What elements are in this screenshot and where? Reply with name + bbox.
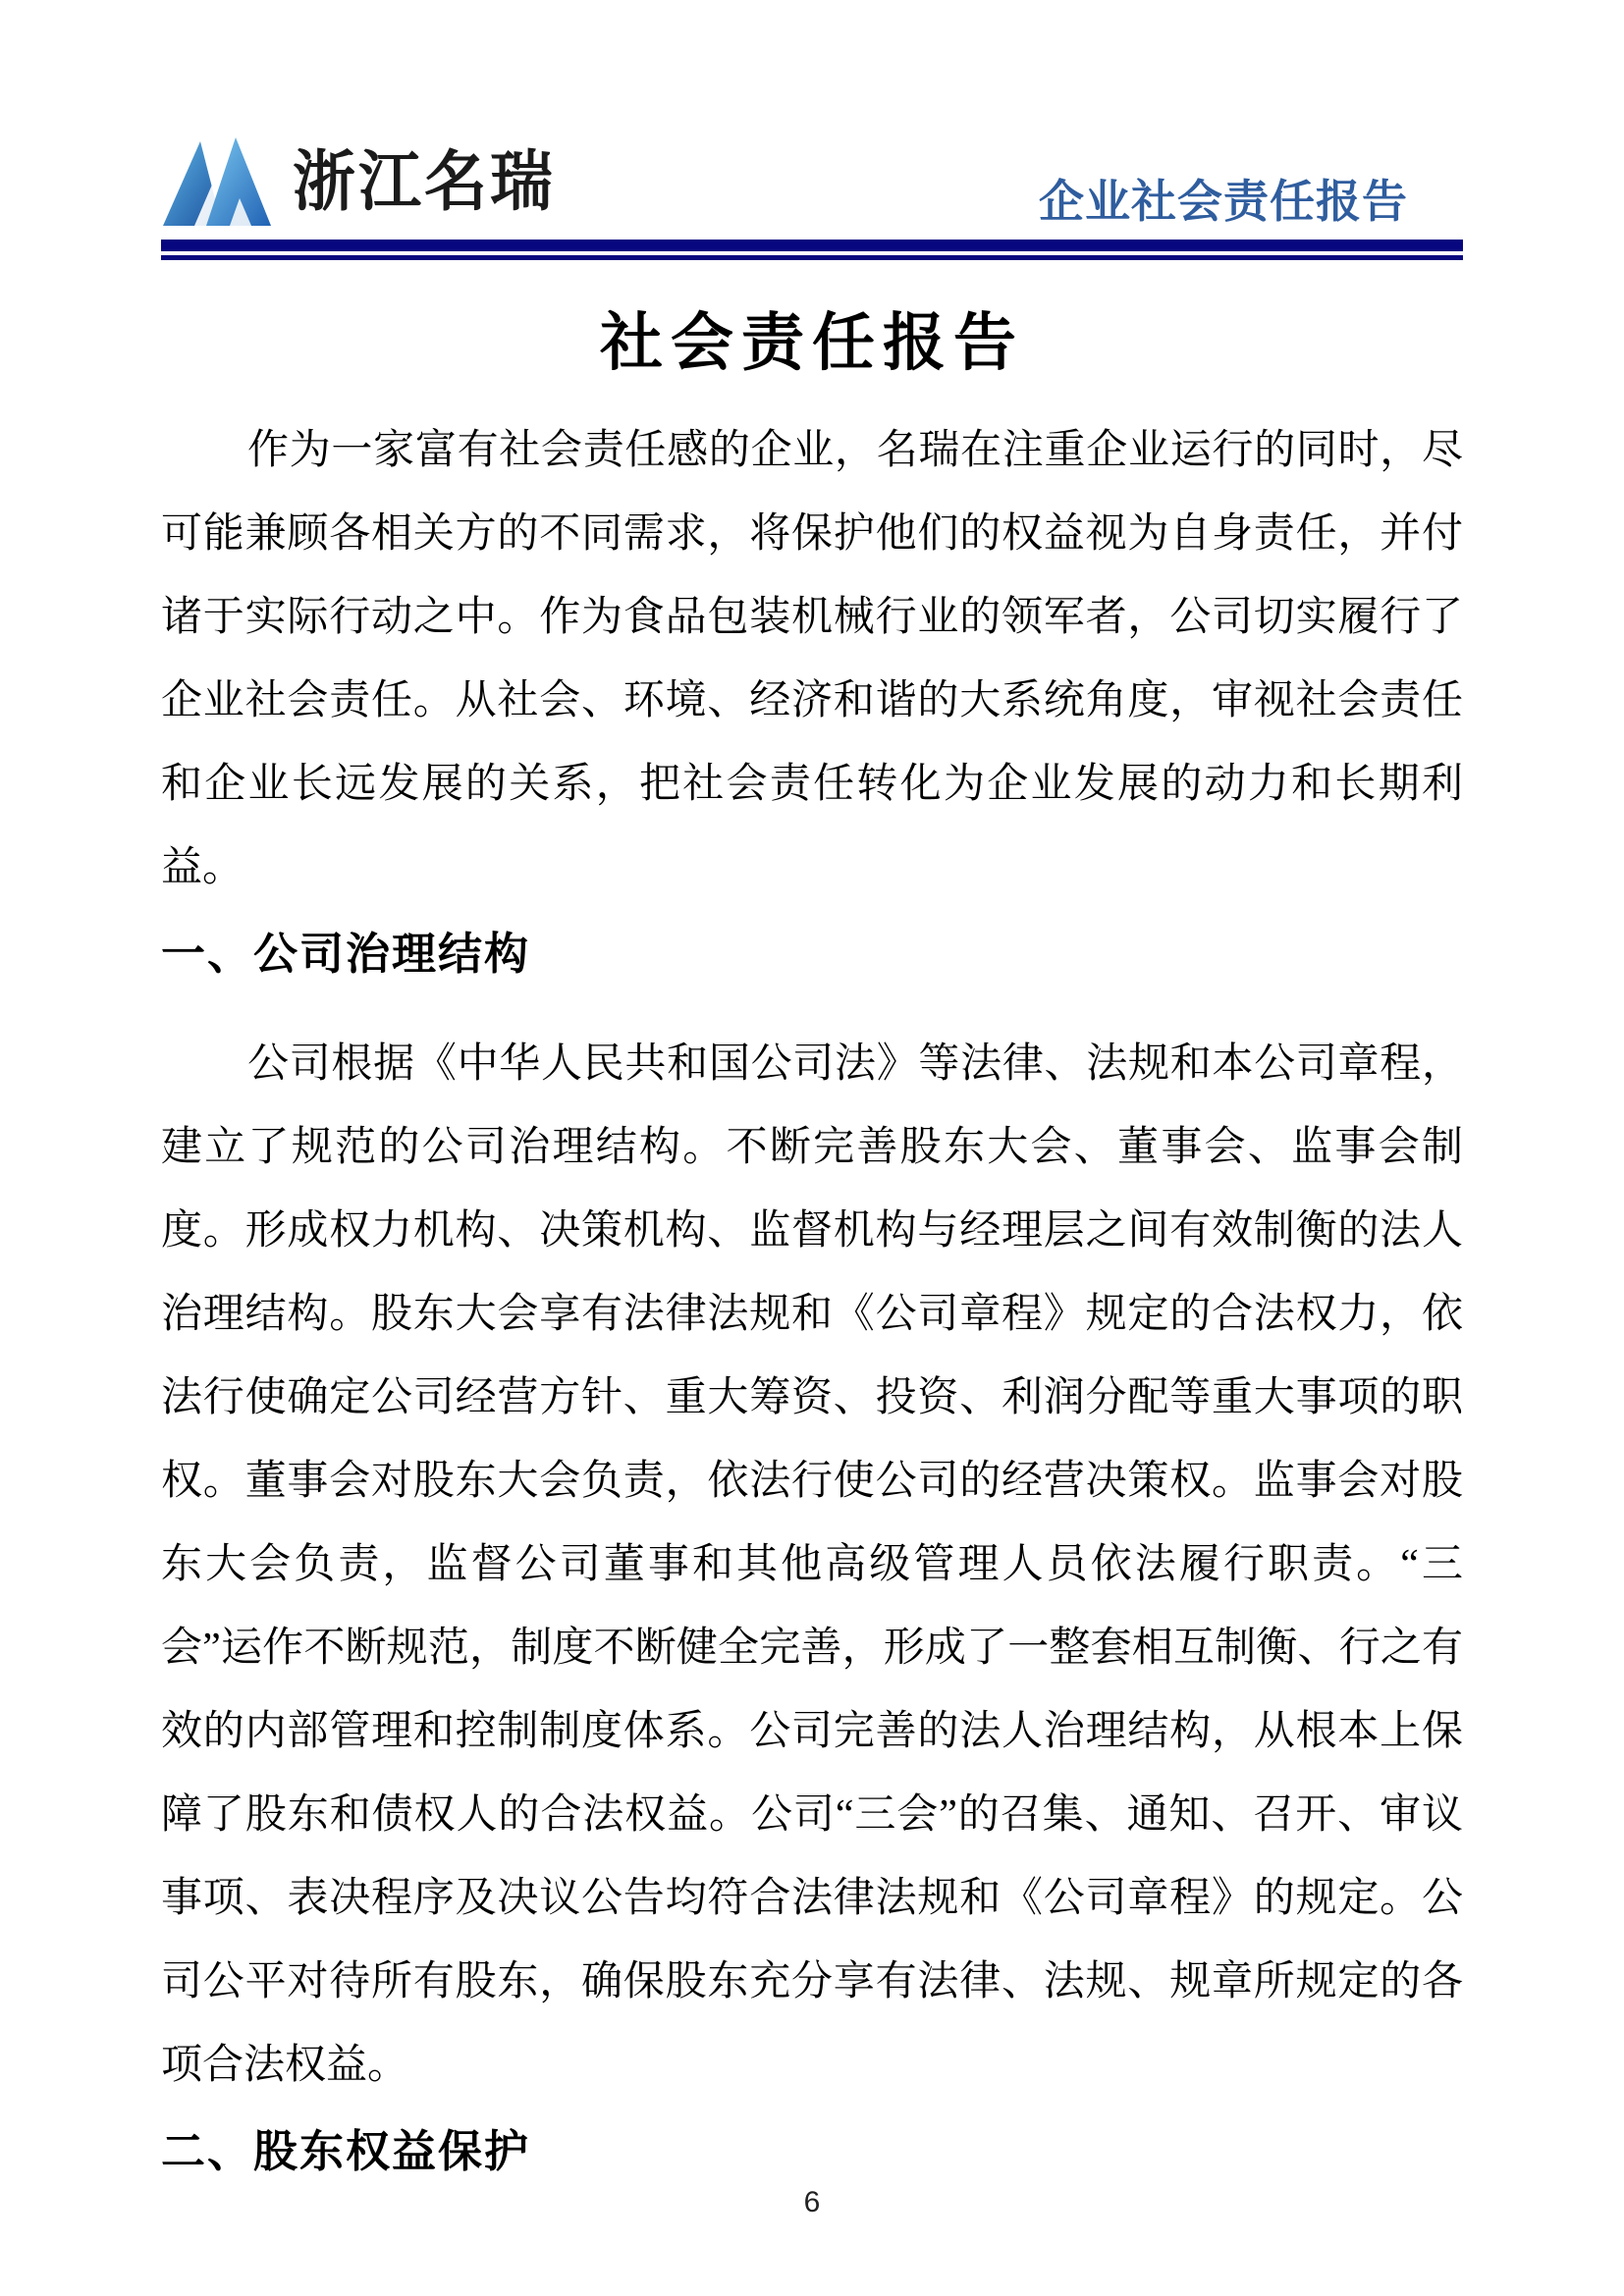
company-logo: 浙江名瑞 [161,135,556,228]
page-footer: 6 [0,2186,1624,2219]
page-number: 6 [804,2186,821,2218]
section-1-heading: 一、公司治理结构 [161,912,1463,995]
divider-thick-line [161,240,1463,251]
section-1-paragraph: 公司根据《中华人民共和国公司法》等法律、法规和本公司章程，建立了规范的公司治理结… [161,1023,1463,2108]
page-title: 社会责任报告 [161,303,1463,382]
mountain-logo-icon [161,135,277,228]
header-row: 浙江名瑞 企业社会责任报告 [161,124,1463,228]
logo-text: 浙江名瑞 [293,148,556,214]
divider-thin-line [161,255,1463,260]
section-2-heading: 二、股东权益保护 [161,2109,1463,2193]
header-divider [161,240,1463,260]
page-header: 浙江名瑞 企业社会责任报告 [0,0,1624,260]
intro-paragraph: 作为一家富有社会责任感的企业，名瑞在注重企业运行的同时，尽可能兼顾各相关方的不同… [161,409,1463,910]
header-doc-title: 企业社会责任报告 [1039,179,1463,228]
document-page: 浙江名瑞 企业社会责任报告 社会责任报告 作为一家富有社会责任感的企业，名瑞在注… [0,0,1624,2296]
document-body: 社会责任报告 作为一家富有社会责任感的企业，名瑞在注重企业运行的同时，尽可能兼顾… [0,303,1624,2193]
